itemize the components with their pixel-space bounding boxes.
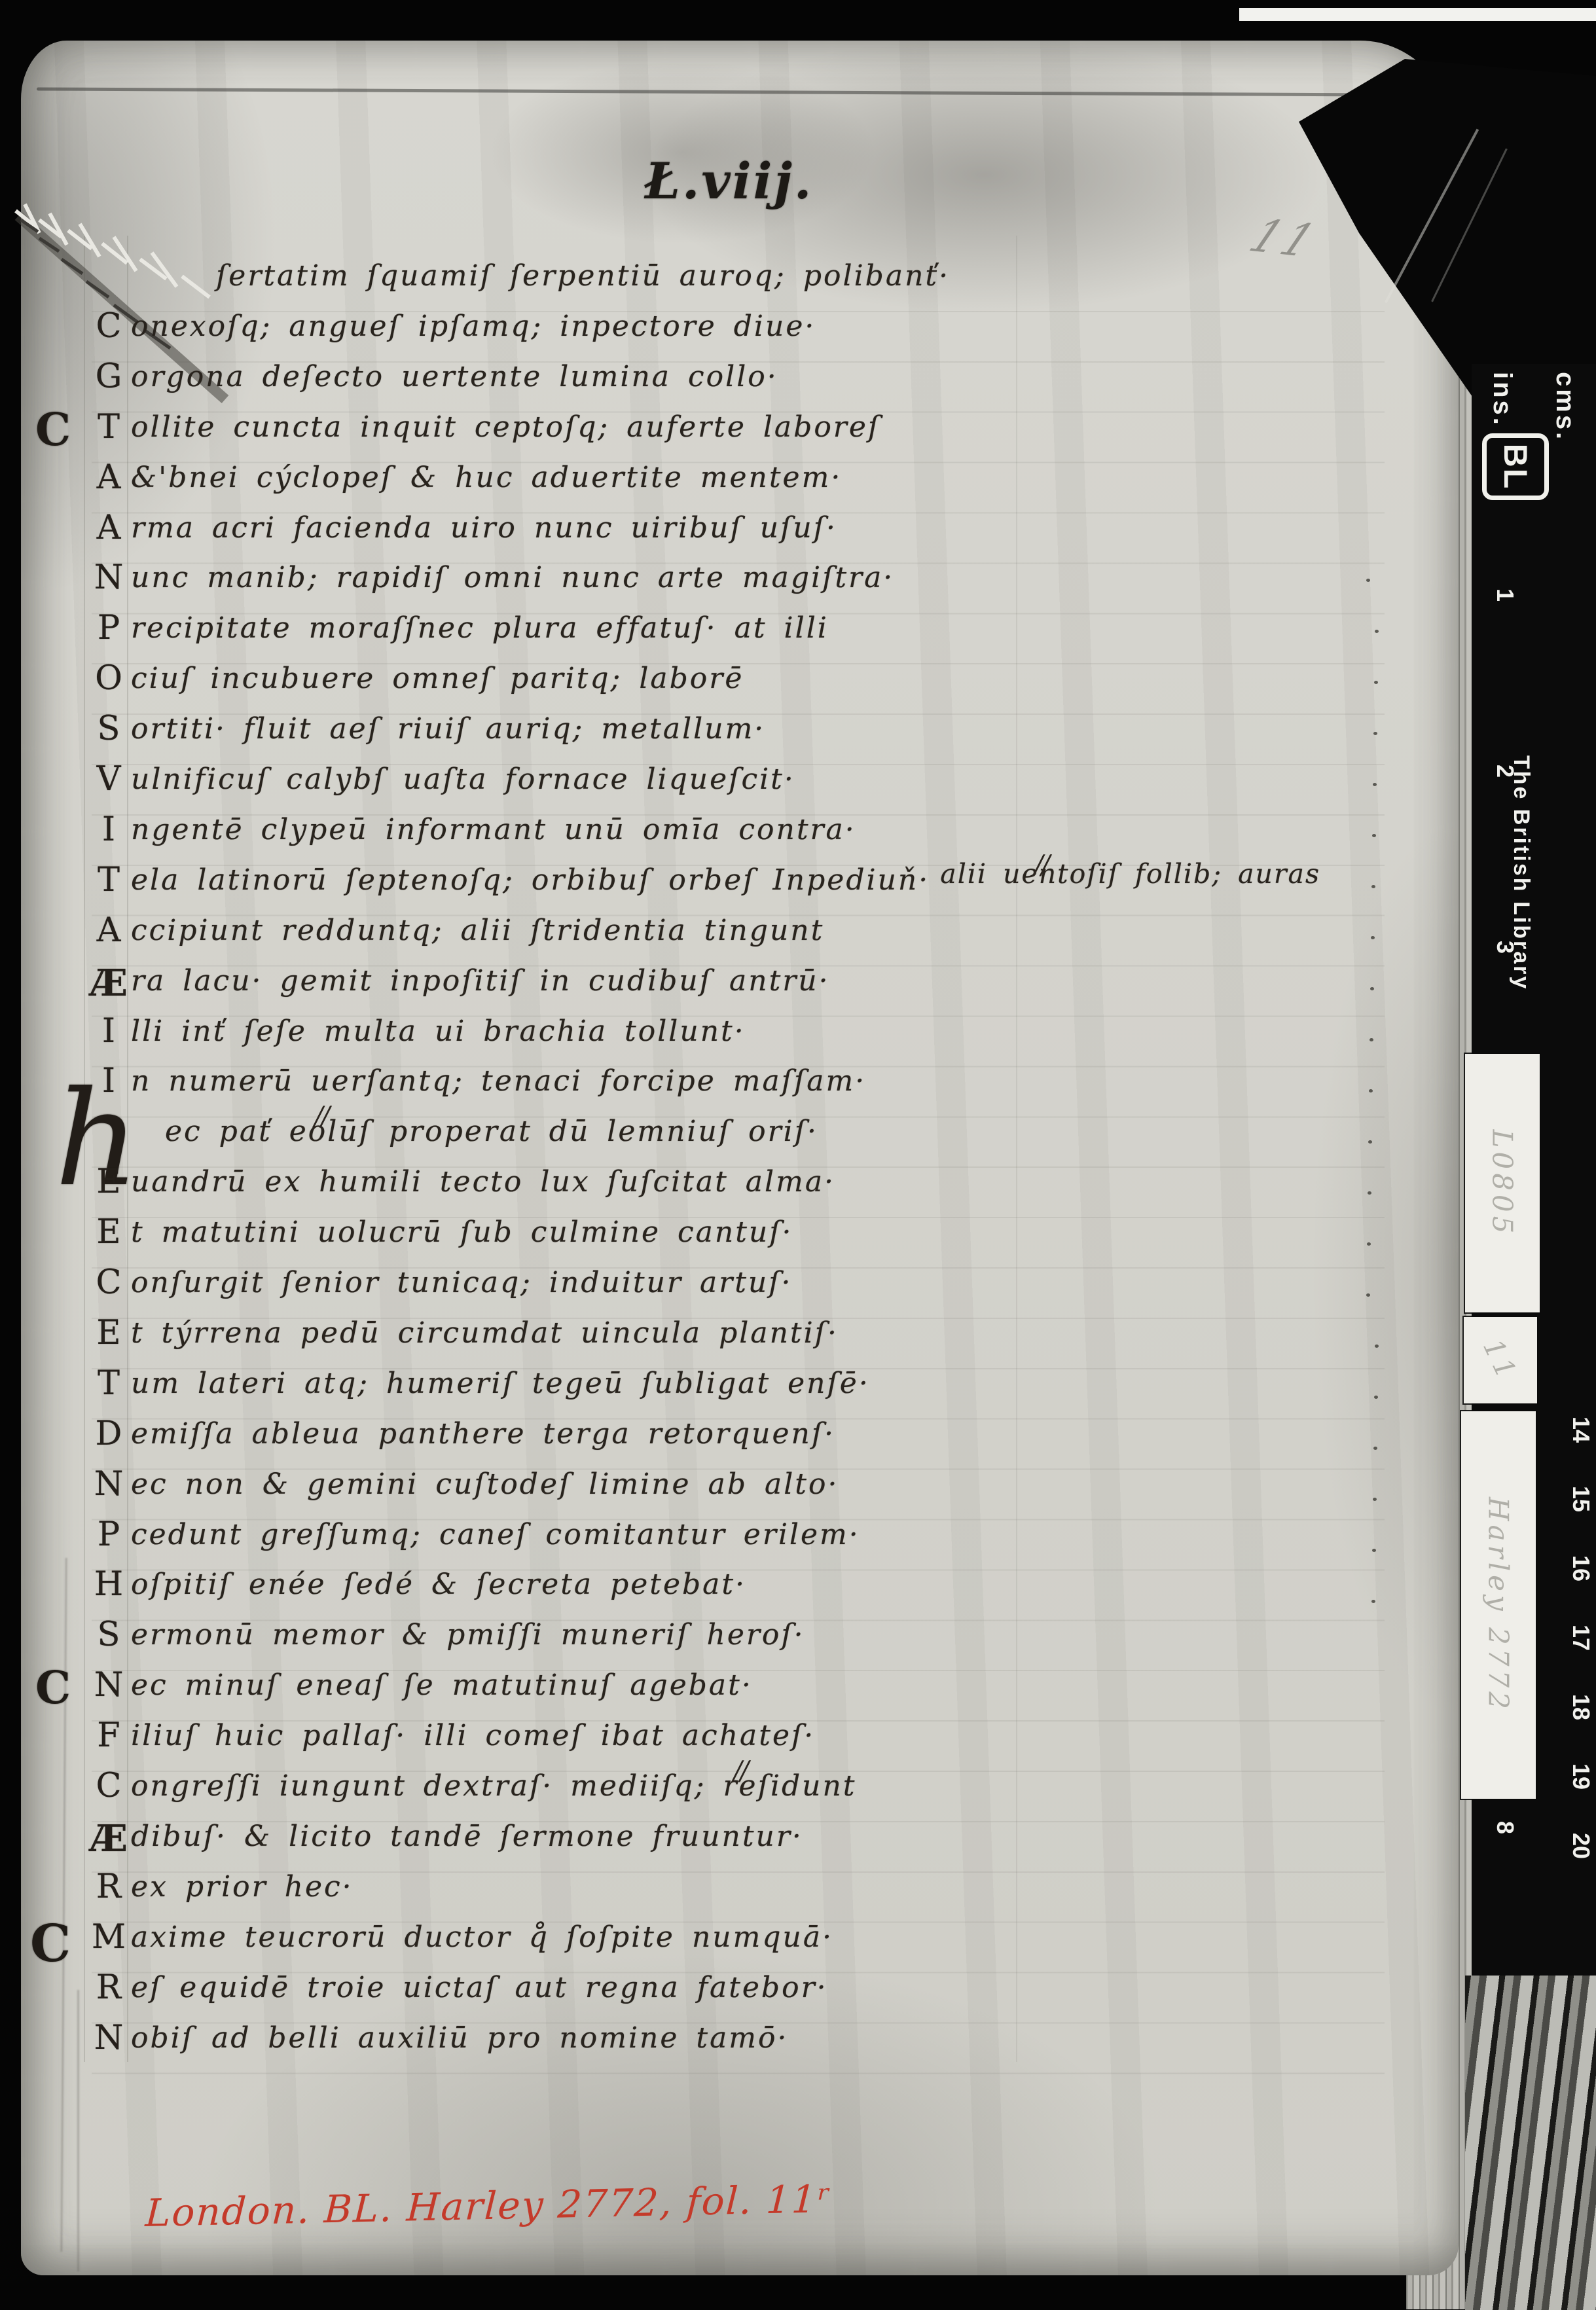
verse-initial: Æ xyxy=(86,962,131,1005)
verse-initial: O xyxy=(86,659,131,698)
verse-line: Arma acri facienda uiro nunc uiribuſ uſu… xyxy=(0,511,1460,558)
verse-text: ſertatim ſquamiſ ſerpentiū auroq; poliba… xyxy=(216,259,950,293)
insertion-mark: // xyxy=(733,1756,747,1786)
cm-tick xyxy=(1534,1000,1596,1002)
cm-number: 15 xyxy=(1567,1486,1595,1512)
verse-line: Euandrū ex humili tecto lux ſuſcitat alm… xyxy=(0,1165,1460,1212)
pricking-dot xyxy=(1372,1549,1376,1552)
verse-text: recipitate moraſſnec plura effatuſ· at i… xyxy=(131,611,829,645)
cm-tick xyxy=(1534,1139,1596,1141)
verse-line: Tum lateri atq; humeriſ tegeū ſubligat e… xyxy=(0,1367,1460,1414)
cm-tick xyxy=(1534,1070,1596,1072)
cm-number: 20 xyxy=(1567,1833,1595,1859)
inch-tick xyxy=(1472,621,1512,623)
cm-number: 18 xyxy=(1567,1694,1595,1720)
paragraph-mark: C xyxy=(30,1914,71,1974)
pricking-dot xyxy=(1375,1344,1379,1348)
verse-margin-extension: alii uentoſiſ follib; auras xyxy=(940,858,1320,890)
verse-text: dibuſ· & licito tandē ſermone fruuntur· xyxy=(131,1820,803,1853)
inch-tick xyxy=(1472,797,1512,799)
pricking-dot xyxy=(1367,1242,1371,1246)
verse-initial: P xyxy=(86,609,131,647)
verse-line: In numerū uerſantq; tenaci forcipe maſſa… xyxy=(0,1064,1460,1111)
verse-initial: M xyxy=(86,1918,131,1957)
verse-initial: T xyxy=(86,408,131,446)
pricking-dot xyxy=(1375,630,1379,633)
verse-initial: C xyxy=(86,1767,131,1805)
cm-number: 14 xyxy=(1567,1417,1595,1443)
verse-initial: N xyxy=(86,1666,131,1705)
verse-text: unc manib; rapidiſ omni nunc arte magiſt… xyxy=(131,561,894,594)
cm-tick xyxy=(1534,1902,1596,1904)
cm-number: 16 xyxy=(1567,1555,1595,1581)
verse-initial: N xyxy=(86,1465,131,1504)
verse-text: ollite cuncta inquit ceptoſq; auferte la… xyxy=(131,410,880,444)
slip-pencil-note: L0805 xyxy=(1487,1129,1519,1237)
ruler-top-line xyxy=(1472,429,1534,431)
verse-text: ra lacu· gemit inpoſitiſ in cudibuſ antr… xyxy=(131,964,830,998)
inch-tick xyxy=(1472,1854,1512,1856)
verse-line: Sermonū memor & pmiſſi muneriſ heroſ· xyxy=(0,1618,1460,1665)
verse-line: Reſ equidē troie uictaſ aut regna fatebo… xyxy=(0,1971,1460,2018)
library-name: The British Library xyxy=(1508,755,1534,990)
verse-text: n numerū uerſantq; tenaci forcipe maſſam… xyxy=(131,1064,866,1098)
verse-initial: N xyxy=(86,2019,131,2057)
verse-line: Sortiti· fluit aeſ riuiſ auriq; metallum… xyxy=(0,712,1460,759)
verse-line: CNec minuſ eneaſ ſe matutinuſ agebat· xyxy=(0,1669,1460,1716)
verse-initial: C xyxy=(86,307,131,346)
scan-edge-strip xyxy=(1239,8,1596,21)
verse-line: Et týrrena pedū circumdat uincula planti… xyxy=(0,1316,1460,1363)
paragraph-mark: C xyxy=(35,404,71,456)
verse-line: Filiuſ huic pallaſ· illi comeſ ibat acha… xyxy=(0,1719,1460,1766)
ins-label: ins. xyxy=(1487,372,1517,427)
insertion-mark: // xyxy=(1034,850,1048,880)
verse-line: Conſurgit ſenior tunicaq; induitur artuſ… xyxy=(0,1266,1460,1313)
verse-text: &'bnei cýclopeſ & huc aduertite mentem· xyxy=(131,461,842,494)
verse-line: ſertatim ſquamiſ ſerpentiū auroq; poliba… xyxy=(0,259,1460,306)
paper-slip: L0805 xyxy=(1465,1054,1540,1312)
verse-initial: P xyxy=(86,1515,131,1554)
verse-line: Nunc manib; rapidiſ omni nunc arte magiſ… xyxy=(0,561,1460,608)
verse-initial: I xyxy=(86,1012,131,1051)
verse-initial: E xyxy=(86,1314,131,1352)
verse-line: A&'bnei cýclopeſ & huc aduertite mentem· xyxy=(0,461,1460,508)
cm-tick xyxy=(1534,723,1596,725)
cm-tick xyxy=(1534,584,1596,586)
pricking-dot xyxy=(1374,681,1378,684)
verse-text: um lateri atq; humeriſ tegeū ſubligat en… xyxy=(131,1367,870,1400)
verse-text: axime teucrorū ductor q̊ ſoſpite numquā· xyxy=(131,1921,833,1954)
slip-pencil-note: Harley 2772 xyxy=(1483,1497,1515,1713)
verse-line: CTollite cuncta inquit ceptoſq; auferte … xyxy=(0,410,1460,458)
cm-tick xyxy=(1534,1278,1596,1280)
pricking-dot xyxy=(1371,1600,1375,1603)
cm-tick xyxy=(1534,1347,1596,1349)
verse-line: Vulnificuſ calybſ uaſta fornace liqueſci… xyxy=(0,763,1460,810)
verse-text: lli inť ſeſe multa ui brachia tollunt· xyxy=(131,1015,746,1048)
cm-tick xyxy=(1534,792,1596,794)
verse-line: Ædibuſ· & licito tandē ſermone fruuntur· xyxy=(0,1820,1460,1867)
verse-initial: R xyxy=(86,1868,131,1906)
verse-text: oſpitiſ enée ſedé & ſecreta petebat· xyxy=(131,1568,746,1601)
verse-initial: E xyxy=(86,1213,131,1252)
verse-line: Demiſſa ableua panthere terga retorquenſ… xyxy=(0,1417,1460,1464)
verse-text: ccipiunt redduntq; alii ſtridentia tingu… xyxy=(131,914,824,947)
verse-text: onexoſq; angueſ ipſamq; inpectore diue· xyxy=(131,310,816,343)
verse-line: Pcedunt greſſumq; caneſ comitantur erile… xyxy=(0,1518,1460,1565)
cm-tick xyxy=(1534,653,1596,655)
insertion-mark: // xyxy=(314,1102,328,1132)
verse-text: cedunt greſſumq; caneſ comitantur erilem… xyxy=(131,1518,860,1551)
pricking-dot xyxy=(1370,987,1374,990)
verse-line: Et matutini uolucrū ſub culmine cantuſ· xyxy=(0,1216,1460,1263)
verse-initial: H xyxy=(86,1565,131,1604)
inch-number: 1 xyxy=(1491,588,1519,602)
verse-line: Ociuſ incubuere omneſ paritq; laborē xyxy=(0,662,1460,709)
verse-text: t matutini uolucrū ſub culmine cantuſ· xyxy=(131,1216,793,1249)
pricking-dot xyxy=(1371,885,1375,888)
catalog-annotation: London. BL. Harley 2772, fol. 11ʳ xyxy=(144,2176,832,2235)
inch-number: 3 xyxy=(1491,941,1519,954)
verse-initial: Æ xyxy=(86,1817,131,1860)
pricking-dot xyxy=(1374,1396,1378,1399)
verse-initial: T xyxy=(86,861,131,899)
pricking-dot xyxy=(1373,783,1377,786)
pricking-dot xyxy=(1373,732,1377,735)
pricking-dot xyxy=(1373,1447,1377,1450)
verse-line: ec pať eolūſ properat dū lemniuſ oriſ· xyxy=(0,1115,1460,1162)
verse-text: obiſ ad belli auxiliū pro nomine tamō· xyxy=(131,2021,789,2055)
verse-initial: T xyxy=(86,1364,131,1403)
verse-text: ec minuſ eneaſ ſe matutinuſ agebat· xyxy=(131,1669,753,1702)
inch-number: 8 xyxy=(1491,1821,1519,1834)
verse-line: Illi inť ſeſe multa ui brachia tollunt· xyxy=(0,1015,1460,1062)
verse-text: orgona deſecto uertente lumina collo· xyxy=(131,360,778,393)
verse-text: ngentē clypeū informant unū omīa contra· xyxy=(131,813,856,846)
verse-text: ex prior hec· xyxy=(131,1870,354,1904)
verse-initial: F xyxy=(86,1716,131,1755)
verse-line: CMaxime teucrorū ductor q̊ ſoſpite numqu… xyxy=(0,1921,1460,1968)
paper-slip: 11 xyxy=(1464,1317,1537,1403)
verse-text: ec non & gemini cuſtodeſ limine ab alto· xyxy=(131,1468,839,1501)
pricking-dot xyxy=(1371,936,1375,939)
verse-text: onſurgit ſenior tunicaq; induitur artuſ· xyxy=(131,1266,793,1299)
cm-number: 17 xyxy=(1567,1625,1595,1651)
pricking-dot xyxy=(1372,834,1376,837)
verse-line: Congreſſi iungunt dextraſ· mediiſq; reſi… xyxy=(0,1769,1460,1816)
inch-tick xyxy=(1472,973,1512,975)
verse-initial: V xyxy=(86,760,131,799)
verse-line: Nec non & gemini cuſtodeſ limine ab alto… xyxy=(0,1468,1460,1515)
verse-line: Æra lacu· gemit inpoſitiſ in cudibuſ ant… xyxy=(0,964,1460,1011)
verse-line: Nobiſ ad belli auxiliū pro nomine tamō· xyxy=(0,2021,1460,2068)
cm-tick xyxy=(1534,861,1596,863)
fore-edge-pages xyxy=(1465,1976,1596,2310)
verse-line: Gorgona deſecto uertente lumina collo· xyxy=(0,360,1460,407)
verse-text: ongreſſi iungunt dextraſ· mediiſq; reſid… xyxy=(131,1769,856,1803)
verse-initial: R xyxy=(86,1968,131,2007)
verse-initial: G xyxy=(86,357,131,396)
verse-initial: C xyxy=(86,1263,131,1302)
verse-text: ortiti· fluit aeſ riuiſ auriq; metallum· xyxy=(131,712,765,746)
pricking-dot xyxy=(1368,1140,1372,1144)
book-heading: Ł.viij. xyxy=(645,152,813,210)
verse-line: Accipiunt redduntq; alii ſtridentia ting… xyxy=(0,914,1460,961)
verse-text: ec pať eolūſ properat dū lemniuſ oriſ· xyxy=(165,1115,818,1148)
pricking-dot xyxy=(1366,579,1370,582)
verse-initial: A xyxy=(86,509,131,547)
pricking-dot xyxy=(1368,1191,1371,1195)
verse-line: Hoſpitiſ enée ſedé & ſecreta petebat· xyxy=(0,1568,1460,1615)
cms-label: cms. xyxy=(1550,372,1580,442)
verse-text: iliuſ huic pallaſ· illi comeſ ibat achat… xyxy=(131,1719,815,1752)
verse-initial: N xyxy=(86,558,131,597)
verse-line: Precipitate moraſſnec plura effatuſ· at … xyxy=(0,611,1460,659)
pricking-dot xyxy=(1369,1038,1373,1041)
verse-initial: A xyxy=(86,458,131,497)
verse-text: t týrrena pedū circumdat uincula plantiſ… xyxy=(131,1316,839,1350)
bl-logo: BL xyxy=(1482,433,1549,500)
cm-tick xyxy=(1534,445,1596,447)
verse-initial: E xyxy=(86,1163,131,1201)
verse-initial: D xyxy=(86,1415,131,1453)
pricking-dot xyxy=(1369,1089,1373,1092)
cm-tick xyxy=(1534,1208,1596,1210)
verse-text: eſ equidē troie uictaſ aut regna fatebor… xyxy=(131,1971,828,2004)
pricking-dot xyxy=(1373,1498,1377,1501)
verse-text: ela latinorū ſeptenoſq; orbibuſ orbeſ In… xyxy=(131,863,1320,897)
verse-initial: I xyxy=(86,810,131,849)
verse-text: uandrū ex humili tecto lux ſuſcitat alma… xyxy=(131,1165,835,1199)
verse-text: rma acri facienda uiro nunc uiribuſ uſuſ… xyxy=(131,511,837,545)
manuscript-photograph: Ł.viij. 11 ſertatim ſquamiſ ſerpentiū au… xyxy=(0,0,1596,2310)
verse-line: Tela latinorū ſeptenoſq; orbibuſ orbeſ I… xyxy=(0,863,1460,911)
cm-number: 19 xyxy=(1567,1763,1595,1790)
slip-pencil-note: 11 xyxy=(1477,1334,1524,1386)
paragraph-mark: C xyxy=(35,1662,71,1714)
verse-text: emiſſa ableua panthere terga retorquenſ· xyxy=(131,1417,835,1451)
verse-initial: S xyxy=(86,710,131,748)
inch-number: 2 xyxy=(1491,765,1519,778)
verse-text: ulnificuſ calybſ uaſta fornace liqueſcit… xyxy=(131,763,795,796)
paper-slip: Harley 2772 xyxy=(1461,1411,1536,1799)
cm-tick xyxy=(1534,931,1596,933)
pricking-dot xyxy=(1366,1293,1370,1297)
verse-initial: A xyxy=(86,911,131,950)
cm-tick xyxy=(1534,514,1596,516)
verse-line: Rex prior hec· xyxy=(0,1870,1460,1917)
verse-initial: S xyxy=(86,1615,131,1654)
verse-line: Conexoſq; angueſ ipſamq; inpectore diue· xyxy=(0,310,1460,357)
verse-line: Ingentē clypeū informant unū omīa contra… xyxy=(0,813,1460,860)
verse-text: ciuſ incubuere omneſ paritq; laborē xyxy=(131,662,744,695)
verse-text: ermonū memor & pmiſſi muneriſ heroſ· xyxy=(131,1618,805,1651)
